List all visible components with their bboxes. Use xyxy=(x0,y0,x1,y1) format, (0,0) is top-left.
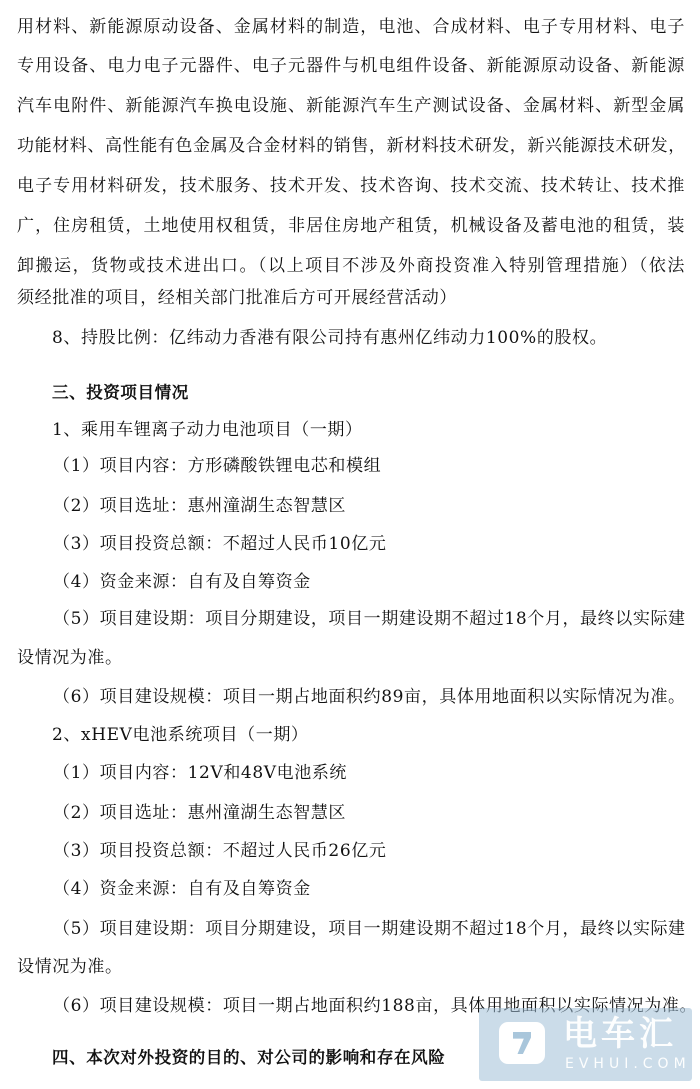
project-1-title: 1、乘用车锂离子动力电池项目（一期） xyxy=(52,419,363,441)
project-2-content: （1）项目内容：12V和48V电池系统 xyxy=(53,762,347,784)
project-2-period-line-1: （5）项目建设期：项目分期建设，项目一期建设期不超过18个月，最终以实际建 xyxy=(53,918,686,940)
business-scope-line-4: 功能材料、高性能有色金属及合金材料的销售，新材料技术研发，新兴能源技术研发， xyxy=(17,135,685,157)
project-1-scale: （6）项目建设规模：项目一期占地面积约89亩，具体用地面积以实际情况为准。 xyxy=(53,686,686,708)
evhui-watermark: 电车汇 EVHUI.COM xyxy=(479,1008,692,1081)
business-scope-line-8: 须经批准的项目，经相关部门批准后方可开展经营活动） xyxy=(17,287,457,309)
shareholding-paragraph: 8、持股比例：亿纬动力香港有限公司持有惠州亿纬动力100%的股权。 xyxy=(52,327,607,349)
project-1-period-line-1: （5）项目建设期：项目分期建设，项目一期建设期不超过18个月，最终以实际建 xyxy=(53,608,686,630)
project-2-investment: （3）项目投资总额：不超过人民币26亿元 xyxy=(53,840,386,862)
business-scope-line-6: 广，住房租赁，土地使用权租赁，非居住房地产租赁，机械设备及蓄电池的租赁，装 xyxy=(17,215,685,237)
project-1-location: （2）项目选址：惠州潼湖生态智慧区 xyxy=(53,495,346,517)
business-scope-line-5: 电子专用材料研发，技术服务、技术开发、技术咨询、技术交流、技术转让、技术推 xyxy=(17,175,685,197)
business-scope-line-7: 卸搬运，货物或技术进出口。（以上项目不涉及外商投资准入特别管理措施）（依法 xyxy=(17,255,685,277)
business-scope-line-3: 汽车电附件、新能源汽车换电设施、新能源汽车生产测试设备、金属材料、新型金属 xyxy=(17,95,685,117)
watermark-title: 电车汇 xyxy=(563,1014,677,1054)
project-1-period-line-2: 设情况为准。 xyxy=(17,647,123,669)
business-scope-line-2: 专用设备、电力电子元器件、电子元器件与机电组件设备、新能源原动设备、新能源 xyxy=(17,55,685,77)
watermark-subtitle: EVHUI.COM xyxy=(565,1056,691,1072)
project-2-location: （2）项目选址：惠州潼湖生态智慧区 xyxy=(53,802,346,824)
evhui-logo-icon xyxy=(499,1022,545,1064)
section-3-heading: 三、投资项目情况 xyxy=(52,382,189,404)
project-2-period-line-2: 设情况为准。 xyxy=(17,956,123,978)
project-1-funding: （4）资金来源：自有及自筹资金 xyxy=(53,571,311,593)
project-1-investment: （3）项目投资总额：不超过人民币10亿元 xyxy=(53,533,386,555)
section-4-heading: 四、本次对外投资的目的、对公司的影响和存在风险 xyxy=(52,1047,445,1069)
project-2-funding: （4）资金来源：自有及自筹资金 xyxy=(53,878,311,900)
project-2-title: 2、xHEV电池系统项目（一期） xyxy=(52,724,309,746)
business-scope-line-1: 用材料、新能源原动设备、金属材料的制造，电池、合成材料、电子专用材料、电子 xyxy=(17,16,685,38)
project-1-content: （1）项目内容：方形磷酸铁锂电芯和模组 xyxy=(53,455,381,477)
